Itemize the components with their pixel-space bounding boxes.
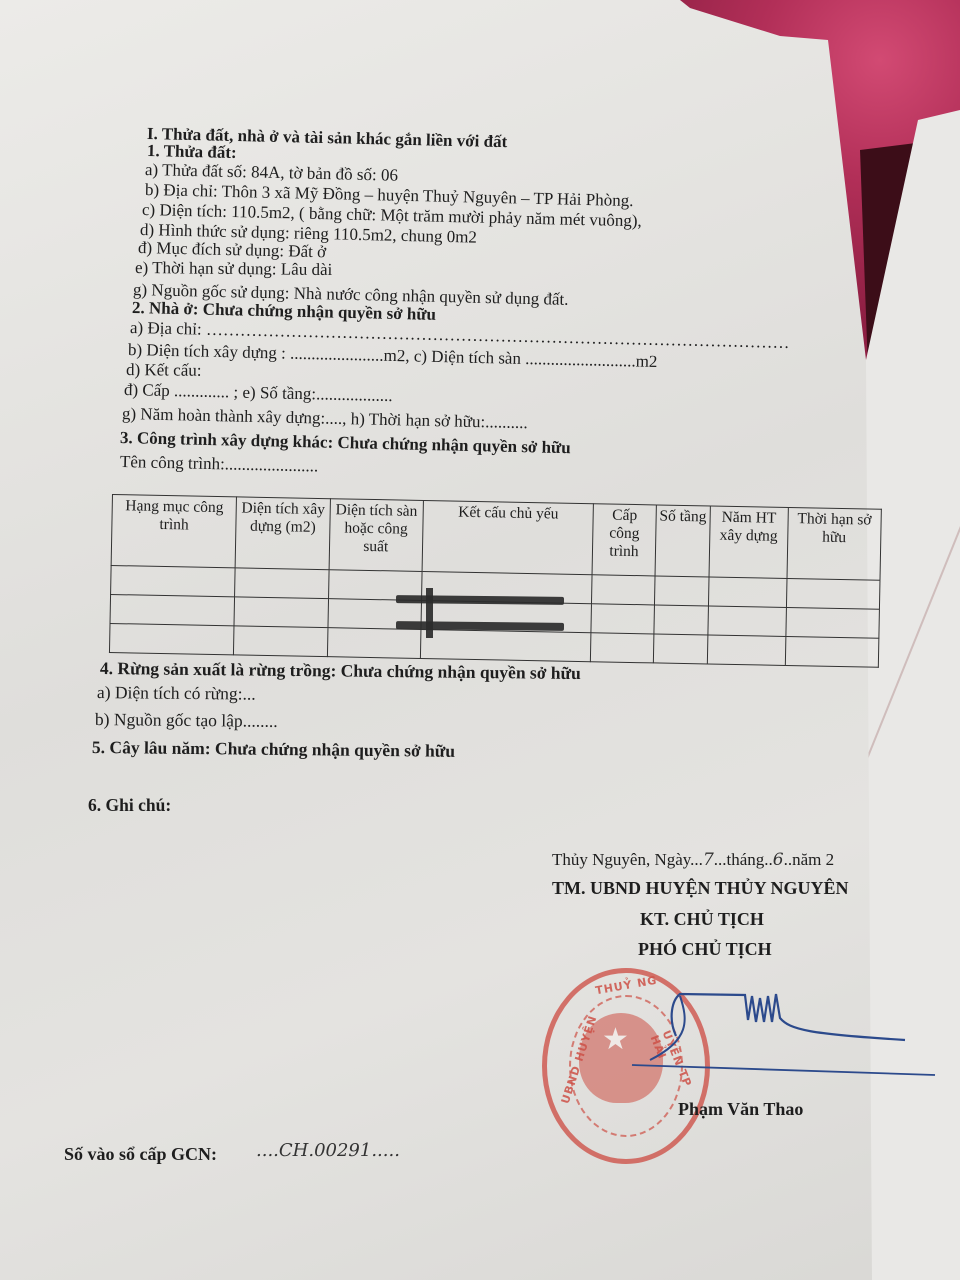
certificate-content: I. Thửa đất, nhà ở và tài sản khác gắn l…: [0, 0, 960, 1280]
signer-name: Phạm Văn Thao: [678, 1099, 803, 1119]
registry-label: Số vào sổ cấp GCN:: [64, 1144, 217, 1164]
signature-icon: [0, 0, 960, 1280]
registry-number: ....CH.00291.....: [256, 1141, 400, 1161]
